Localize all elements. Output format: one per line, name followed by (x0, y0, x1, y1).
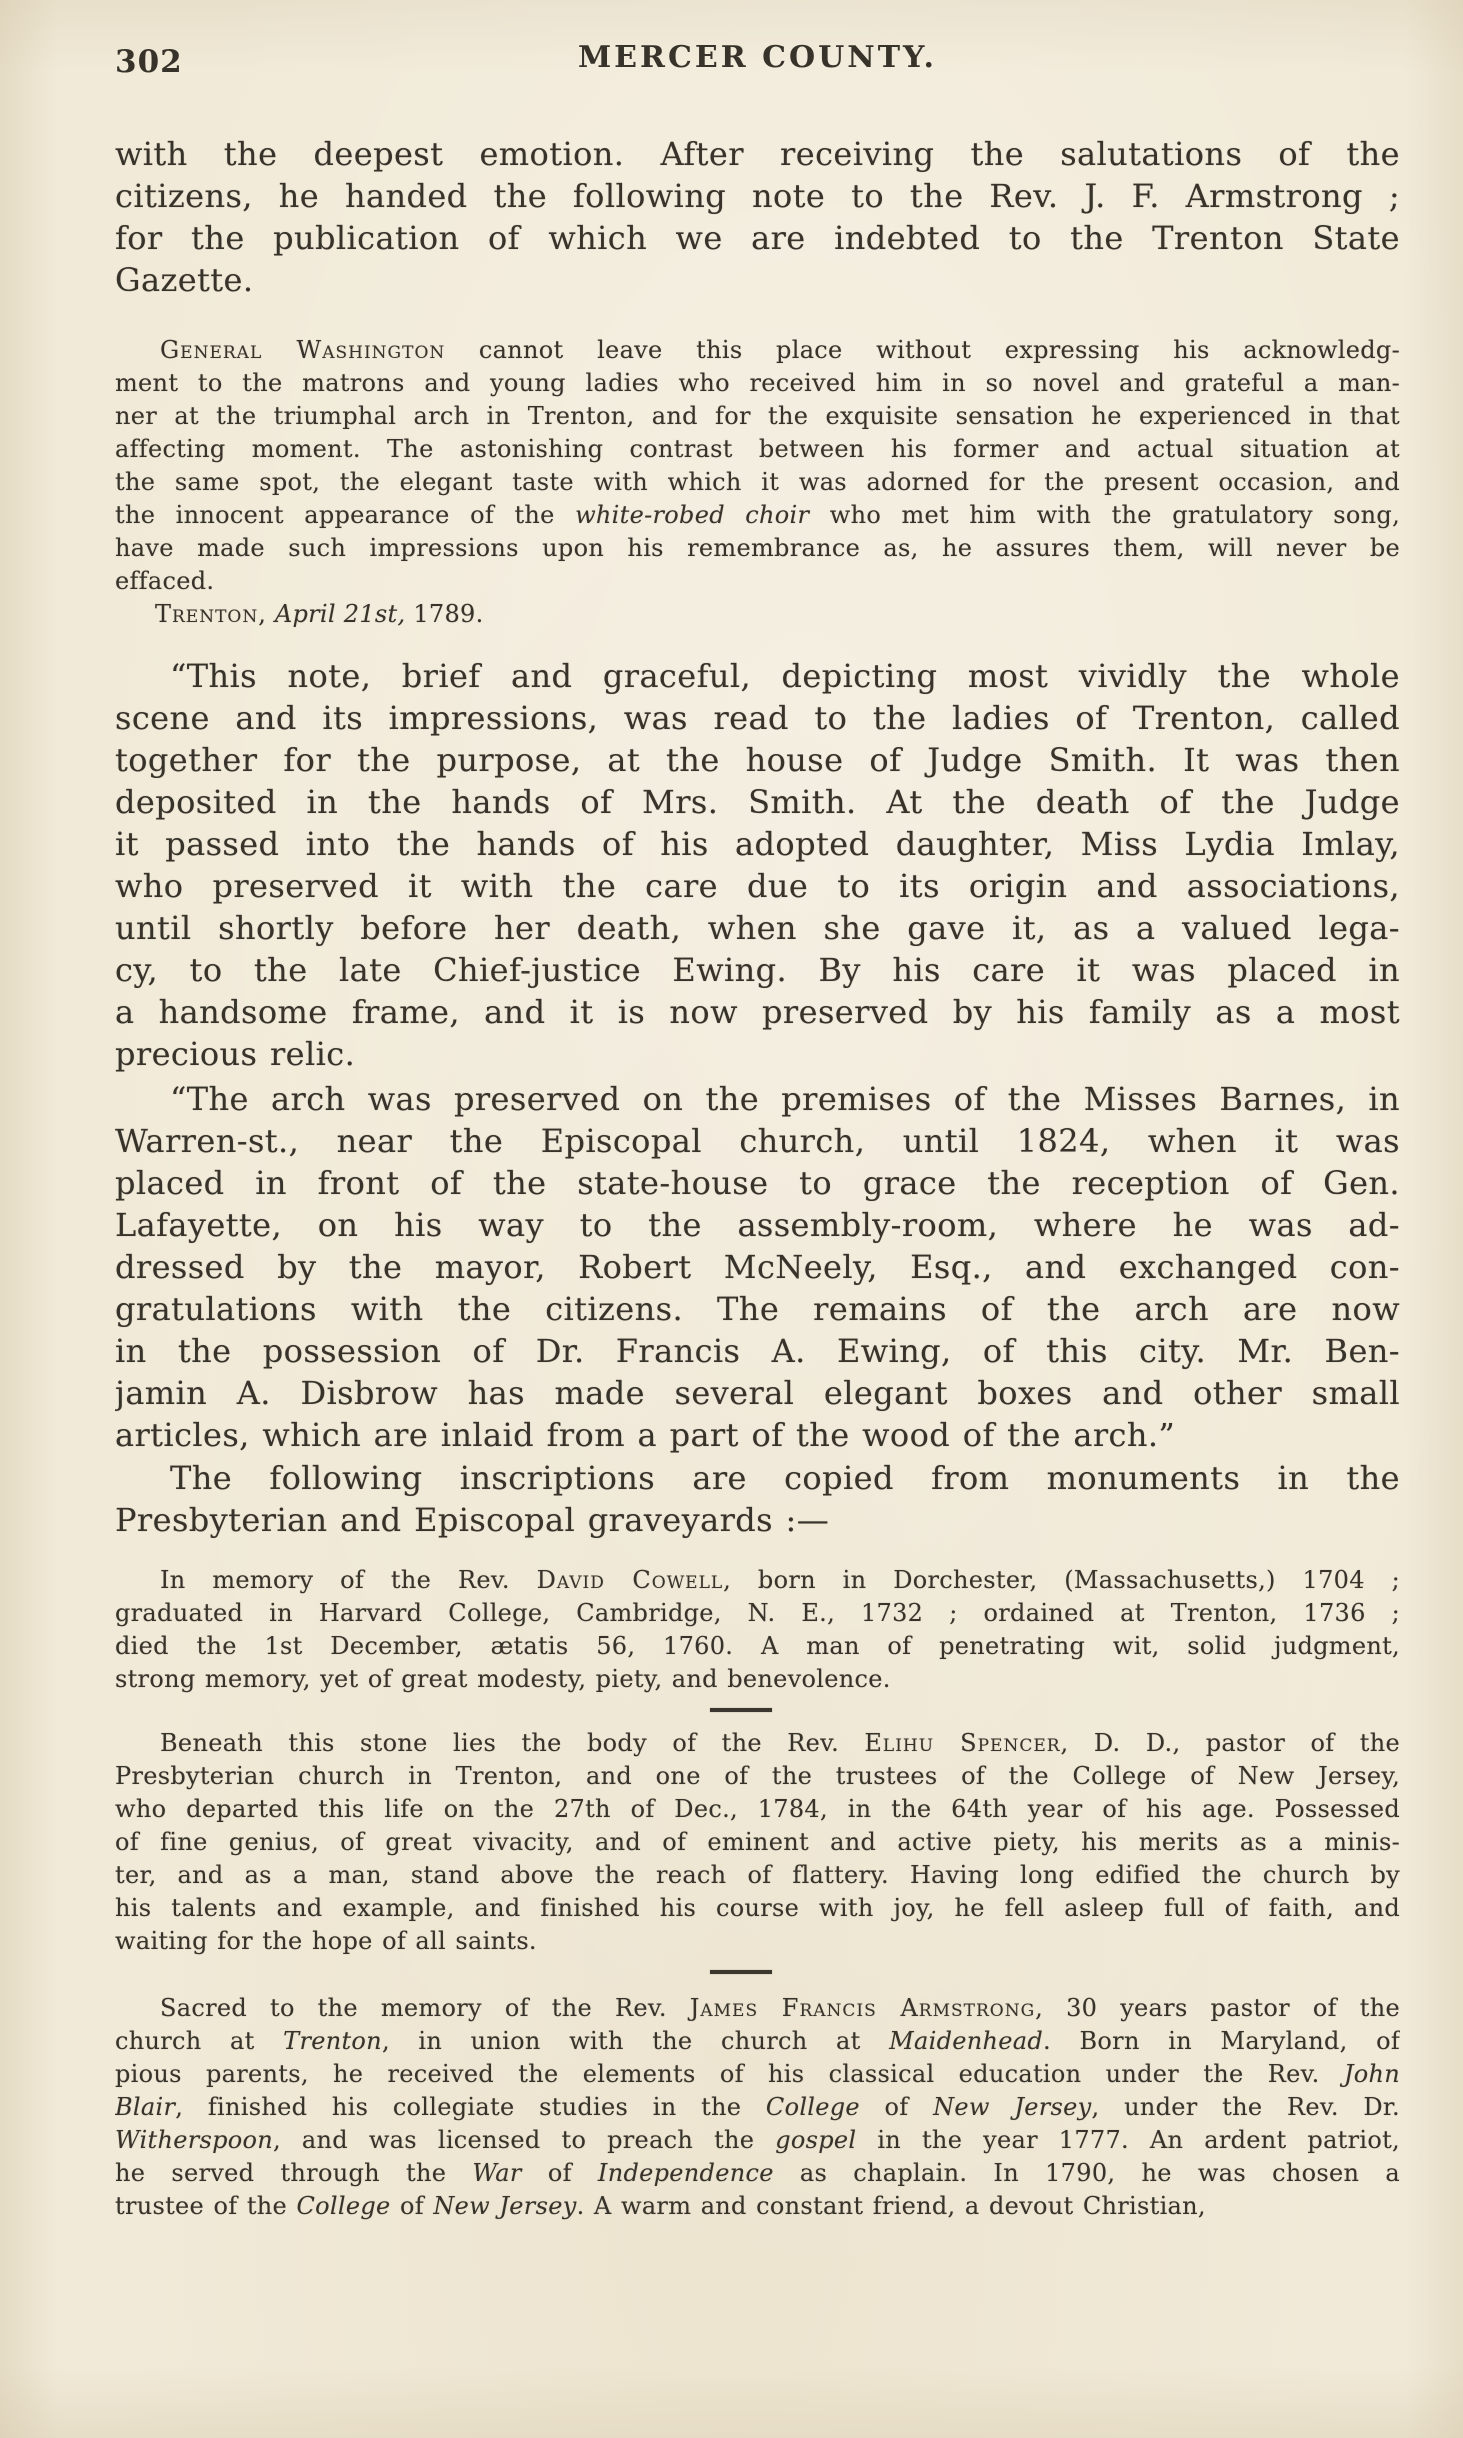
text-line: his talents and example, and finished hi… (115, 1892, 1400, 1925)
text-line: jamin A. Disbrow has made several elegan… (115, 1372, 1400, 1414)
text-line: together for the purpose, at the house o… (115, 739, 1400, 781)
text-line: who preserved it with the care due to it… (115, 865, 1400, 907)
text-line: it passed into the hands of his adopted … (115, 823, 1400, 865)
text-line: precious relic. (115, 1033, 1400, 1075)
text-line: General Washington cannot leave this pla… (115, 334, 1400, 367)
paragraph-arch-history: “The arch was preserved on the premises … (115, 1078, 1400, 1456)
paragraph-intro: with the deepest emotion. After receivin… (115, 133, 1400, 301)
text-line: articles, which are inlaid from a part o… (115, 1414, 1400, 1456)
text-line: trustee of the College of New Jersey. A … (115, 2190, 1400, 2223)
text-line: effaced. (115, 565, 1400, 598)
text-line: Lafayette, on his way to the assembly-ro… (115, 1204, 1400, 1246)
text-line: with the deepest emotion. After receivin… (115, 133, 1400, 175)
text-line: gratulations with the citizens. The rema… (115, 1288, 1400, 1330)
text-line: cy, to the late Chief-justice Ewing. By … (115, 949, 1400, 991)
text-line: the innocent appearance of the white-rob… (115, 499, 1400, 532)
text-line: Beneath this stone lies the body of the … (115, 1727, 1400, 1760)
text-line: In memory of the Rev. David Cowell, born… (115, 1564, 1400, 1597)
text-line: ment to the matrons and young ladies who… (115, 367, 1400, 400)
washington-note: General Washington cannot leave this pla… (115, 334, 1400, 598)
text-line: pious parents, he received the elements … (115, 2058, 1400, 2091)
text-line: The following inscriptions are copied fr… (115, 1457, 1400, 1499)
text-line: strong memory, yet of great modesty, pie… (115, 1663, 1400, 1696)
text-line: deposited in the hands of Mrs. Smith. At… (115, 781, 1400, 823)
text-line: waiting for the hope of all saints. (115, 1925, 1400, 1958)
text-line: Gazette. (115, 259, 1400, 301)
text-line: dressed by the mayor, Robert McNeely, Es… (115, 1246, 1400, 1288)
text-line: affecting moment. The astonishing contra… (115, 433, 1400, 466)
text-line: who departed this life on the 27th of De… (115, 1793, 1400, 1826)
text-line: ner at the triumphal arch in Trenton, an… (115, 400, 1400, 433)
divider-rule (710, 1708, 772, 1712)
text-line: of fine genius, of great vivacity, and o… (115, 1826, 1400, 1859)
text-line: Sacred to the memory of the Rev. James F… (115, 1992, 1400, 2025)
paragraph-inscriptions-lead: The following inscriptions are copied fr… (115, 1457, 1400, 1541)
book-page: 302 MERCER COUNTY. with the deepest emot… (0, 0, 1463, 2438)
text-line: “The arch was preserved on the premises … (115, 1078, 1400, 1120)
text-line: Presbyterian church in Trenton, and one … (115, 1760, 1400, 1793)
text-line: Witherspoon, and was licensed to preach … (115, 2124, 1400, 2157)
text-line: graduated in Harvard College, Cambridge,… (115, 1597, 1400, 1630)
paragraph-note-history: “This note, brief and graceful, depictin… (115, 655, 1400, 1075)
divider-rule (710, 1970, 772, 1974)
inscription-spencer: Beneath this stone lies the body of the … (115, 1727, 1400, 1958)
text-line: Presbyterian and Episcopal graveyards :— (115, 1499, 1400, 1541)
inscription-cowell: In memory of the Rev. David Cowell, born… (115, 1564, 1400, 1696)
text-line: died the 1st December, ætatis 56, 1760. … (115, 1630, 1400, 1663)
text-line: scene and its impressions, was read to t… (115, 697, 1400, 739)
text-line: a handsome frame, and it is now preserve… (115, 991, 1400, 1033)
text-line: have made such impressions upon his reme… (115, 532, 1400, 565)
text-line: Trenton, April 21st, 1789. (115, 598, 1400, 631)
text-line: “This note, brief and graceful, depictin… (115, 655, 1400, 697)
text-line: for the publication of which we are inde… (115, 217, 1400, 259)
text-line: placed in front of the state-house to gr… (115, 1162, 1400, 1204)
text-line: the same spot, the elegant taste with wh… (115, 466, 1400, 499)
inscription-armstrong: Sacred to the memory of the Rev. James F… (115, 1992, 1400, 2223)
text-line: Blair, finished his collegiate studies i… (115, 2091, 1400, 2124)
text-line: citizens, he handed the following note t… (115, 175, 1400, 217)
text-line: church at Trenton, in union with the chu… (115, 2025, 1400, 2058)
text-column: with the deepest emotion. After receivin… (115, 0, 1400, 2438)
text-line: in the possession of Dr. Francis A. Ewin… (115, 1330, 1400, 1372)
note-dateline: Trenton, April 21st, 1789. (115, 598, 1400, 631)
text-line: he served through the War of Independenc… (115, 2157, 1400, 2190)
text-line: until shortly before her death, when she… (115, 907, 1400, 949)
text-line: ter, and as a man, stand above the reach… (115, 1859, 1400, 1892)
text-line: Warren-st., near the Episcopal church, u… (115, 1120, 1400, 1162)
